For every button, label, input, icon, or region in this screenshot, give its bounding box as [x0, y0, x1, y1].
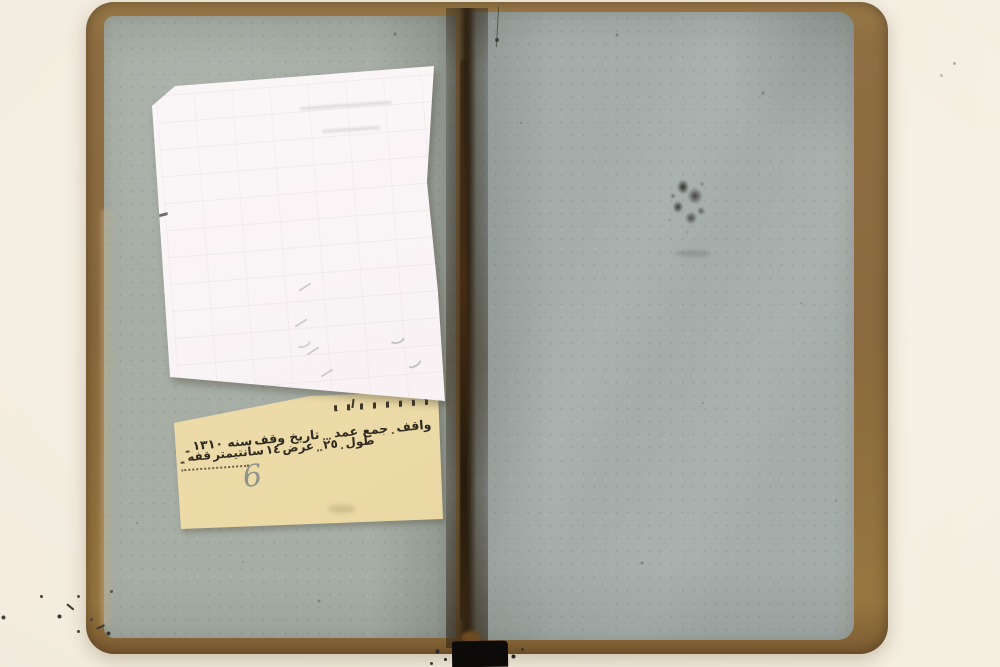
black-bookmark-tail	[452, 641, 508, 667]
white-sheet	[0, 0, 1000, 667]
debris-specks	[0, 0, 3, 3]
white-sheet-shadow	[0, 0, 1000, 667]
photo-of-open-register: واقف جمع عمد تاريخ وقف سنه ١٣١٠ طول ٢٥ ع…	[0, 0, 1000, 667]
show-through-table-grid	[156, 73, 467, 420]
ink-mark-paper-edge	[152, 212, 167, 253]
